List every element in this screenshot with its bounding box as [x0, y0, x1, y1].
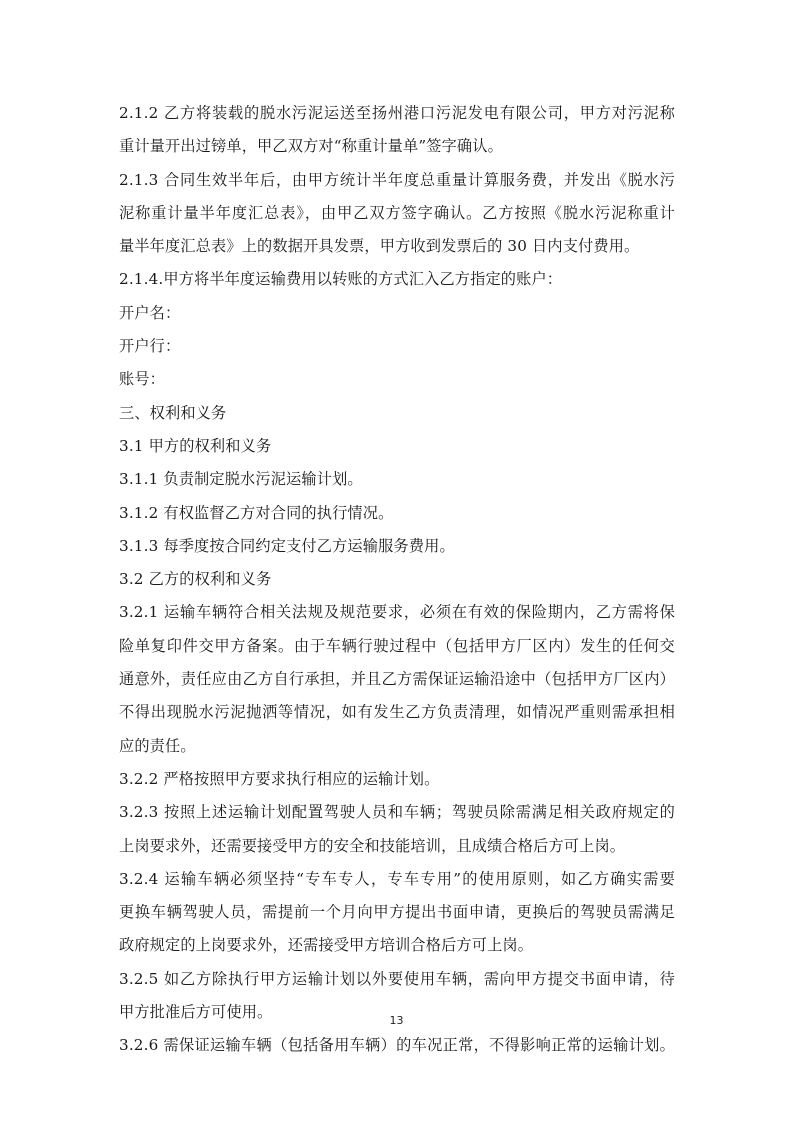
text-line: 3.2.2 严格按照甲方要求执行相应的运输计划。	[119, 763, 675, 796]
text-line: 政府规定的上岗要求外，还需接受甲方培训合格后方可上岗。	[119, 929, 675, 962]
page-number: 13	[0, 1014, 793, 1027]
text-line: 2.1.4.甲方将半年度运输费用以转账的方式汇入乙方指定的账户：	[119, 263, 675, 296]
text-line: 更换车辆驾驶人员，需提前一个月向甲方提出书面申请，更换后的驾驶员需满足	[119, 896, 675, 929]
text-line: 量半年度汇总表》上的数据开具发票，甲方收到发票后的 30 日内支付费用。	[119, 230, 675, 263]
text-line: 3.2.5 如乙方除执行甲方运输计划以外要使用车辆，需向甲方提交书面申请，待	[119, 963, 675, 996]
text-line: 不得出现脱水污泥抛洒等情况，如有发生乙方负责清理，如情况严重则需承担相	[119, 696, 675, 729]
text-line: 3.2.1 运输车辆符合相关法规及规范要求，必须在有效的保险期内，乙方需将保	[119, 596, 675, 629]
text-line: 开户名：	[119, 297, 675, 330]
text-line: 应的责任。	[119, 730, 675, 763]
text-line: 重计量开出过镑单，甲乙双方对“称重计量单”签字确认。	[119, 130, 675, 163]
text-line: 上岗要求外，还需要接受甲方的安全和技能培训，且成绩合格后方可上岗。	[119, 830, 675, 863]
text-line: 3.2.4 运输车辆必须坚持“专车专人，专车专用”的使用原则，如乙方确实需要	[119, 863, 675, 896]
text-line: 3.2.6 需保证运输车辆（包括备用车辆）的车况正常，不得影响正常的运输计划。	[119, 1029, 675, 1062]
text-line: 泥称重计量半年度汇总表》，由甲乙双方签字确认。乙方按照《脱水污泥称重计	[119, 197, 675, 230]
text-line: 3.1 甲方的权利和义务	[119, 430, 675, 463]
text-line: 开户行：	[119, 330, 675, 363]
text-line: 险单复印件交甲方备案。由于车辆行驶过程中（包括甲方厂区内）发生的任何交	[119, 630, 675, 663]
text-line: 账号：	[119, 363, 675, 396]
text-line: 2.1.2 乙方将装载的脱水污泥运送至扬州港口污泥发电有限公司，甲方对污泥称	[119, 97, 675, 130]
text-line: 3.2.3 按照上述运输计划配置驾驶人员和车辆；驾驶员除需满足相关政府规定的	[119, 796, 675, 829]
text-line: 三、权利和义务	[119, 397, 675, 430]
text-line: 3.1.1 负责制定脱水污泥运输计划。	[119, 463, 675, 496]
text-line: 2.1.3 合同生效半年后，由甲方统计半年度总重量计算服务费，并发出《脱水污	[119, 164, 675, 197]
document-body: 2.1.2 乙方将装载的脱水污泥运送至扬州港口污泥发电有限公司，甲方对污泥称重计…	[119, 97, 675, 1063]
text-line: 3.1.3 每季度按合同约定支付乙方运输服务费用。	[119, 530, 675, 563]
text-line: 3.2 乙方的权利和义务	[119, 563, 675, 596]
document-page: 2.1.2 乙方将装载的脱水污泥运送至扬州港口污泥发电有限公司，甲方对污泥称重计…	[0, 0, 793, 1122]
text-line: 通意外，责任应由乙方自行承担，并且乙方需保证运输沿途中（包括甲方厂区内）	[119, 663, 675, 696]
text-line: 3.1.2 有权监督乙方对合同的执行情况。	[119, 497, 675, 530]
